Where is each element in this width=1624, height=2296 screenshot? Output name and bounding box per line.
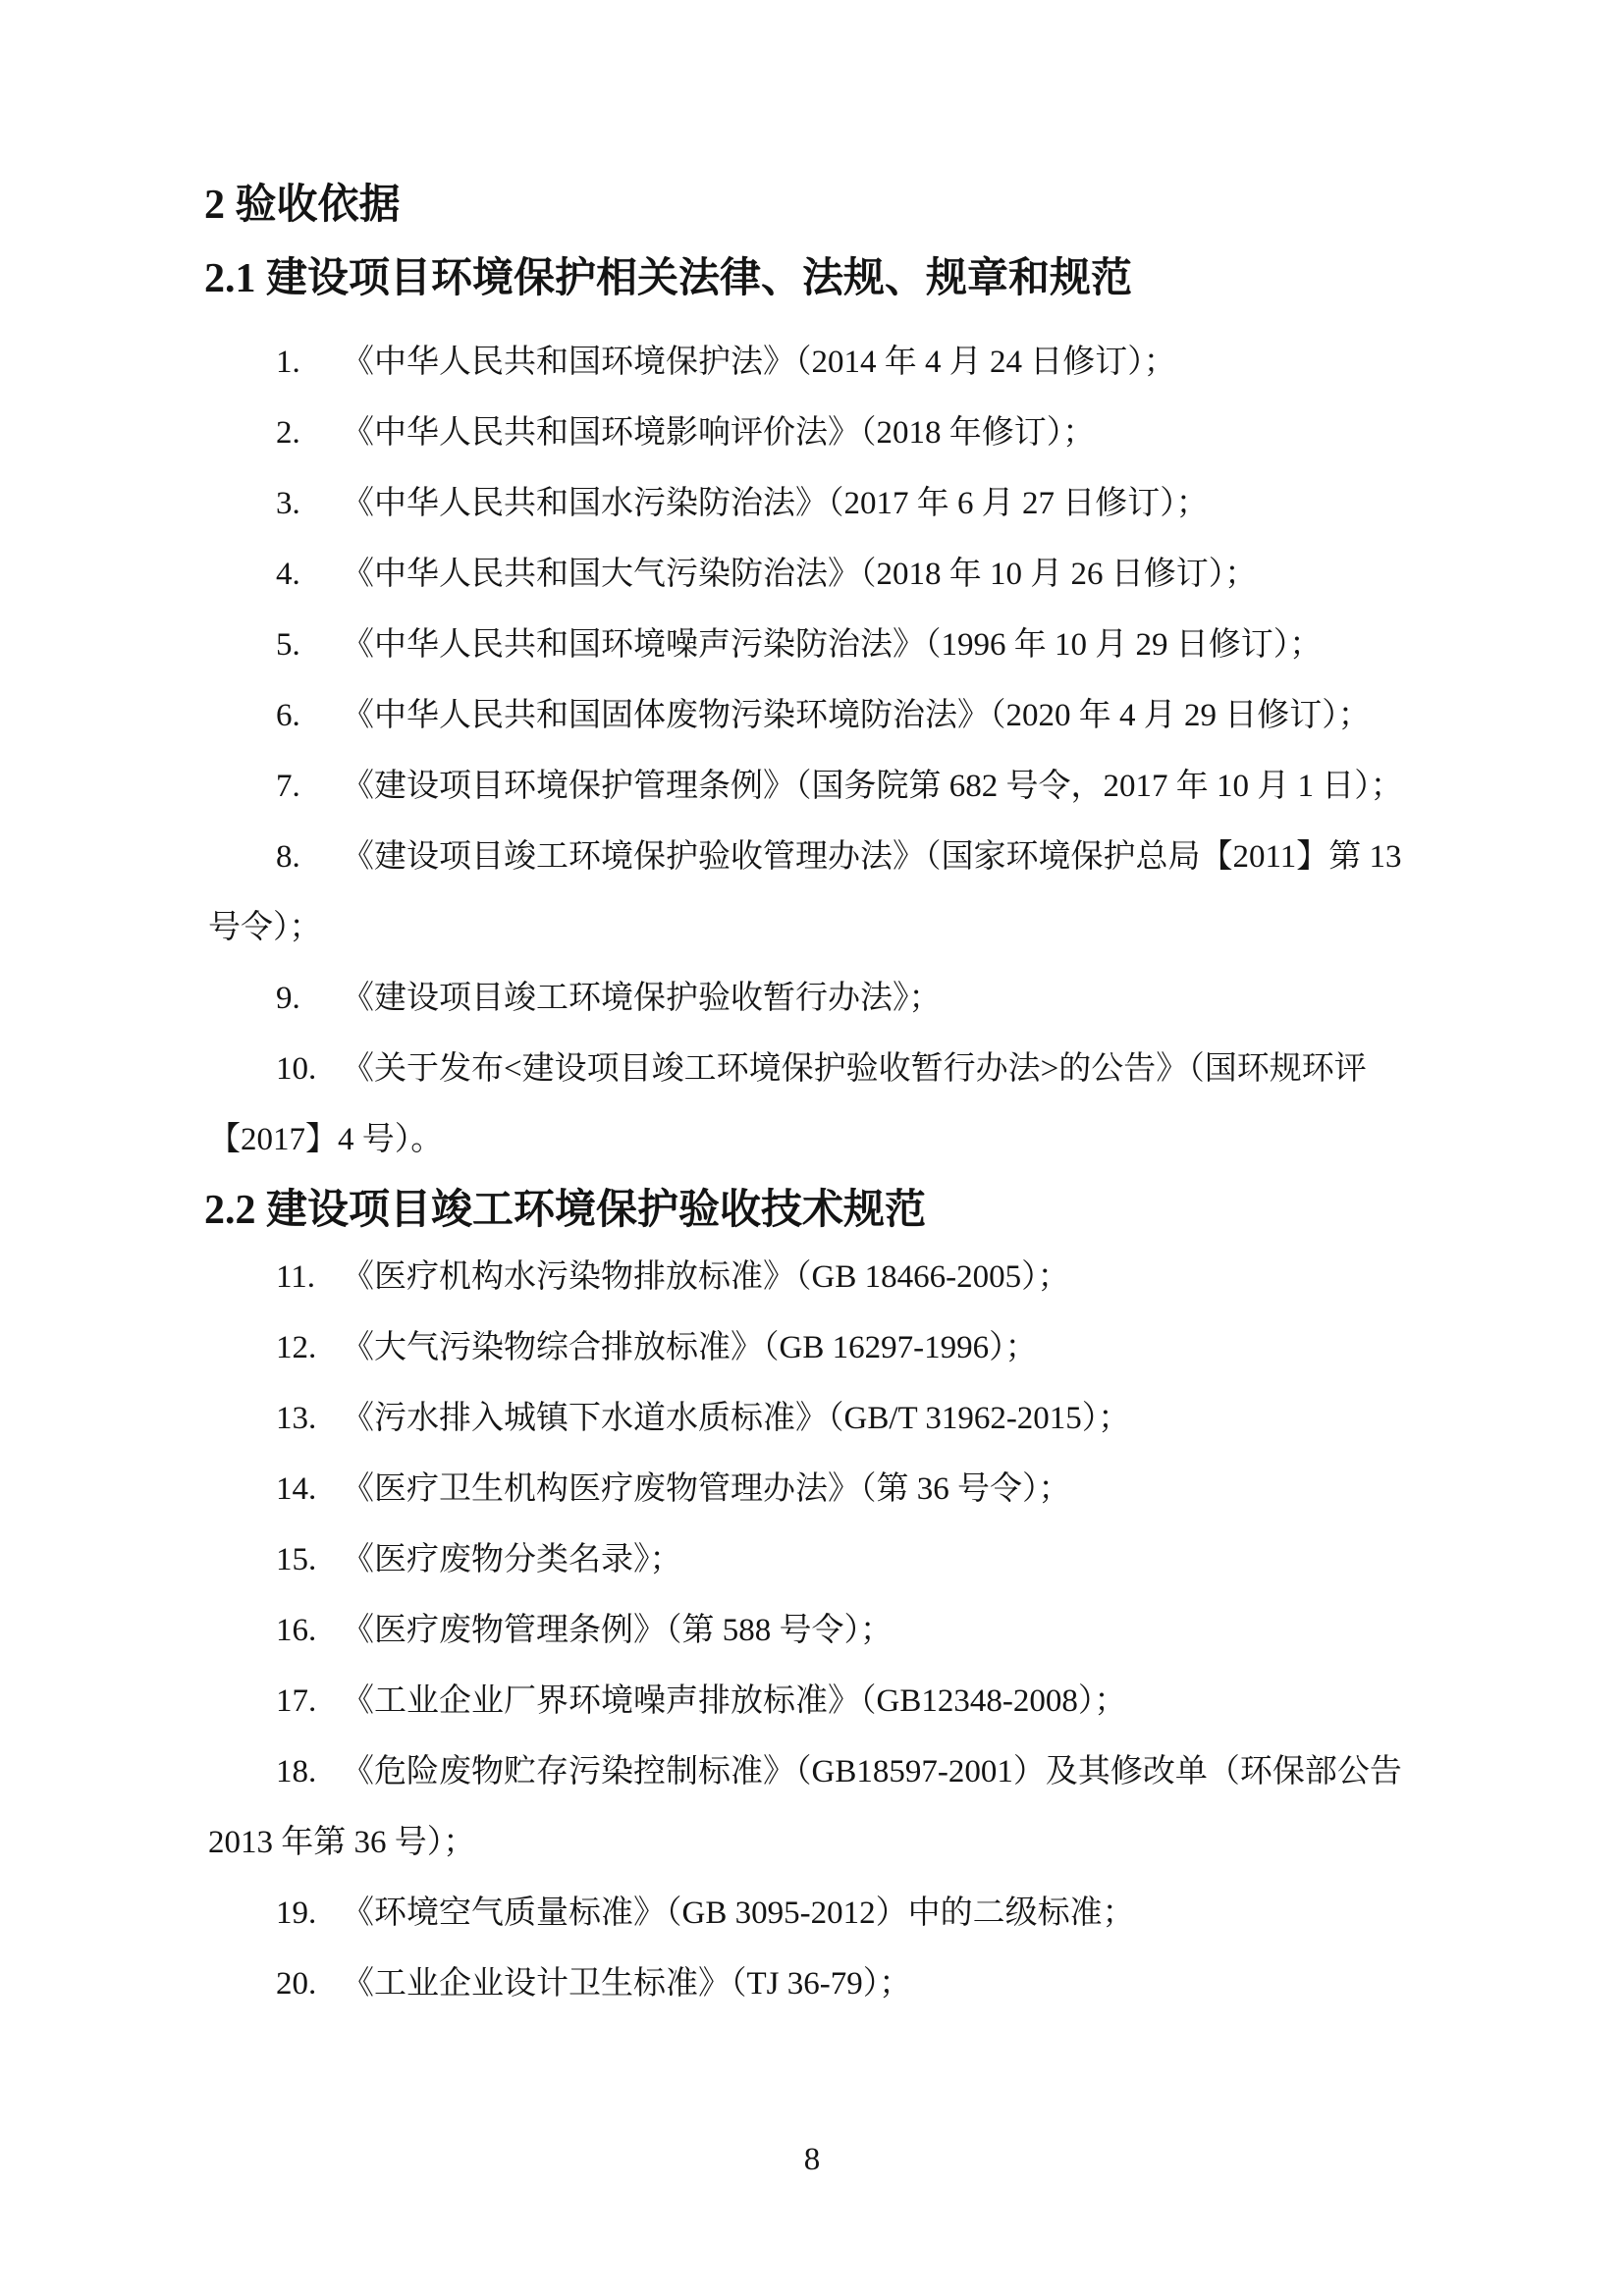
list-item-number: 9. [208,977,342,1020]
list-item-text: 《中华人民共和国固体废物污染环境防治法》（2020 年 4 月 29 日修订）； [342,698,1371,733]
list-item-number: 10. [208,1047,342,1091]
list-item-number: 1. [208,341,342,384]
list-item-line: 12.《大气污染物综合排放标准》（GB 16297-1996）； [208,1326,1428,1369]
list-item-text: 《医疗卫生机构医疗废物管理办法》（第 36 号令）； [342,1471,1071,1507]
list-item-line: 5.《中华人民共和国环境噪声污染防治法》（1996 年 10 月 29 日修订）… [208,623,1428,667]
list-item-text: 《工业企业设计卫生标准》（TJ 36-79）； [342,1966,911,2002]
list-item-text: 《医疗机构水污染物排放标准》（GB 18466-2005）； [342,1259,1070,1295]
list-item-text: 《危险废物贮存污染控制标准》（GB18597-2001）及其修改单（环保部公告 [342,1754,1402,1789]
list-item-text: 《大气污染物综合排放标准》（GB 16297-1996）； [342,1330,1038,1365]
list-item-text: 《中华人民共和国环境影响评价法》（2018 年修订）； [342,415,1095,451]
list-item-continuation-line: 2013 年第 36 号）； [208,1821,1428,1864]
list-item-line: 8.《建设项目竣工环境保护验收管理办法》（国家环境保护总局【2011】第 13 [208,835,1428,879]
list-item-number: 3. [208,482,342,525]
list-item-text: 《关于发布<建设项目竣工环境保护验收暂行办法>的公告》（国环规环评 [342,1051,1367,1087]
list-item-line: 14.《医疗卫生机构医疗废物管理办法》（第 36 号令）； [208,1468,1428,1511]
list-item-line: 10.《关于发布<建设项目竣工环境保护验收暂行办法>的公告》（国环规环评 [208,1047,1428,1091]
document-page: 2 验收依据 2.1 建设项目环境保护相关法律、法规、规章和规范 1.《中华人民… [0,0,1624,2296]
list-item-line: 13.《污水排入城镇下水道水质标准》（GB/T 31962-2015）； [208,1397,1428,1440]
list-item-text: 《建设项目环境保护管理条例》（国务院第 682 号令，2017 年 10 月 1… [342,769,1403,804]
list-item-text: 《医疗废物分类名录》； [342,1542,682,1577]
list-item-text: 《建设项目竣工环境保护验收暂行办法》； [342,981,942,1016]
chapter-heading: 2 验收依据 [204,181,1428,230]
list-item-number: 8. [208,835,342,879]
list-item-number: 17. [208,1680,342,1723]
list-item-text: 《建设项目竣工环境保护验收管理办法》（国家环境保护总局【2011】第 13 [342,839,1402,875]
list-item-line: 6.《中华人民共和国固体废物污染环境防治法》（2020 年 4 月 29 日修订… [208,694,1428,737]
list-item-number: 12. [208,1326,342,1369]
list-item-number: 6. [208,694,342,737]
section-heading-2-2: 2.2 建设项目竣工环境保护验收技术规范 [204,1186,1428,1235]
list-item-number: 2. [208,411,342,454]
list-item-number: 19. [208,1892,342,1935]
list-item-line: 17.《工业企业厂界环境噪声排放标准》（GB12348-2008）； [208,1680,1428,1723]
list-item-line: 18.《危险废物贮存污染控制标准》（GB18597-2001）及其修改单（环保部… [208,1750,1428,1793]
list-item-line: 11.《医疗机构水污染物排放标准》（GB 18466-2005）； [208,1255,1428,1299]
list-item-number: 11. [208,1255,342,1299]
list-item-text: 《中华人民共和国水污染防治法》（2017 年 6 月 27 日修订）； [342,486,1209,521]
list-item-line: 15.《医疗废物分类名录》； [208,1538,1428,1581]
list-item-number: 5. [208,623,342,667]
section-heading-2-1: 2.1 建设项目环境保护相关法律、法规、规章和规范 [204,254,1428,303]
list-item-line: 3.《中华人民共和国水污染防治法》（2017 年 6 月 27 日修订）； [208,482,1428,525]
list-item-number: 4. [208,553,342,596]
list-item-number: 20. [208,1962,342,2005]
list-item-continuation-line: 号令）； [208,906,1428,949]
list-item-line: 4.《中华人民共和国大气污染防治法》（2018 年 10 月 26 日修订）； [208,553,1428,596]
list-item-number: 7. [208,765,342,808]
list-item-number: 16. [208,1609,342,1652]
list-item-text: 《环境空气质量标准》（GB 3095-2012）中的二级标准； [342,1896,1135,1931]
list-item-number: 15. [208,1538,342,1581]
list-item-line: 16.《医疗废物管理条例》（第 588 号令）； [208,1609,1428,1652]
list-item-number: 18. [208,1750,342,1793]
list-item-text: 《医疗废物管理条例》（第 588 号令）； [342,1613,893,1648]
list-item-line: 19.《环境空气质量标准》（GB 3095-2012）中的二级标准； [208,1892,1428,1935]
list-item-line: 9.《建设项目竣工环境保护验收暂行办法》； [208,977,1428,1020]
list-item-text: 《污水排入城镇下水道水质标准》（GB/T 31962-2015）； [342,1401,1130,1436]
page-number: 8 [0,2138,1624,2181]
list-item-text: 《中华人民共和国环境保护法》（2014 年 4 月 24 日修订）； [342,345,1176,380]
list-item-text: 《中华人民共和国环境噪声污染防治法》（1996 年 10 月 29 日修订）； [342,627,1322,663]
list-item-number: 13. [208,1397,342,1440]
list-item-line: 7.《建设项目环境保护管理条例》（国务院第 682 号令，2017 年 10 月… [208,765,1428,808]
list-item-line: 1.《中华人民共和国环境保护法》（2014 年 4 月 24 日修订）； [208,341,1428,384]
list-item-line: 2.《中华人民共和国环境影响评价法》（2018 年修订）； [208,411,1428,454]
list-item-text: 《工业企业厂界环境噪声排放标准》（GB12348-2008）； [342,1683,1126,1719]
list-item-continuation-line: 【2017】4 号）。 [208,1118,1428,1161]
list-item-number: 14. [208,1468,342,1511]
list-item-line: 20.《工业企业设计卫生标准》（TJ 36-79）； [208,1962,1428,2005]
list-item-text: 《中华人民共和国大气污染防治法》（2018 年 10 月 26 日修订）； [342,557,1257,592]
